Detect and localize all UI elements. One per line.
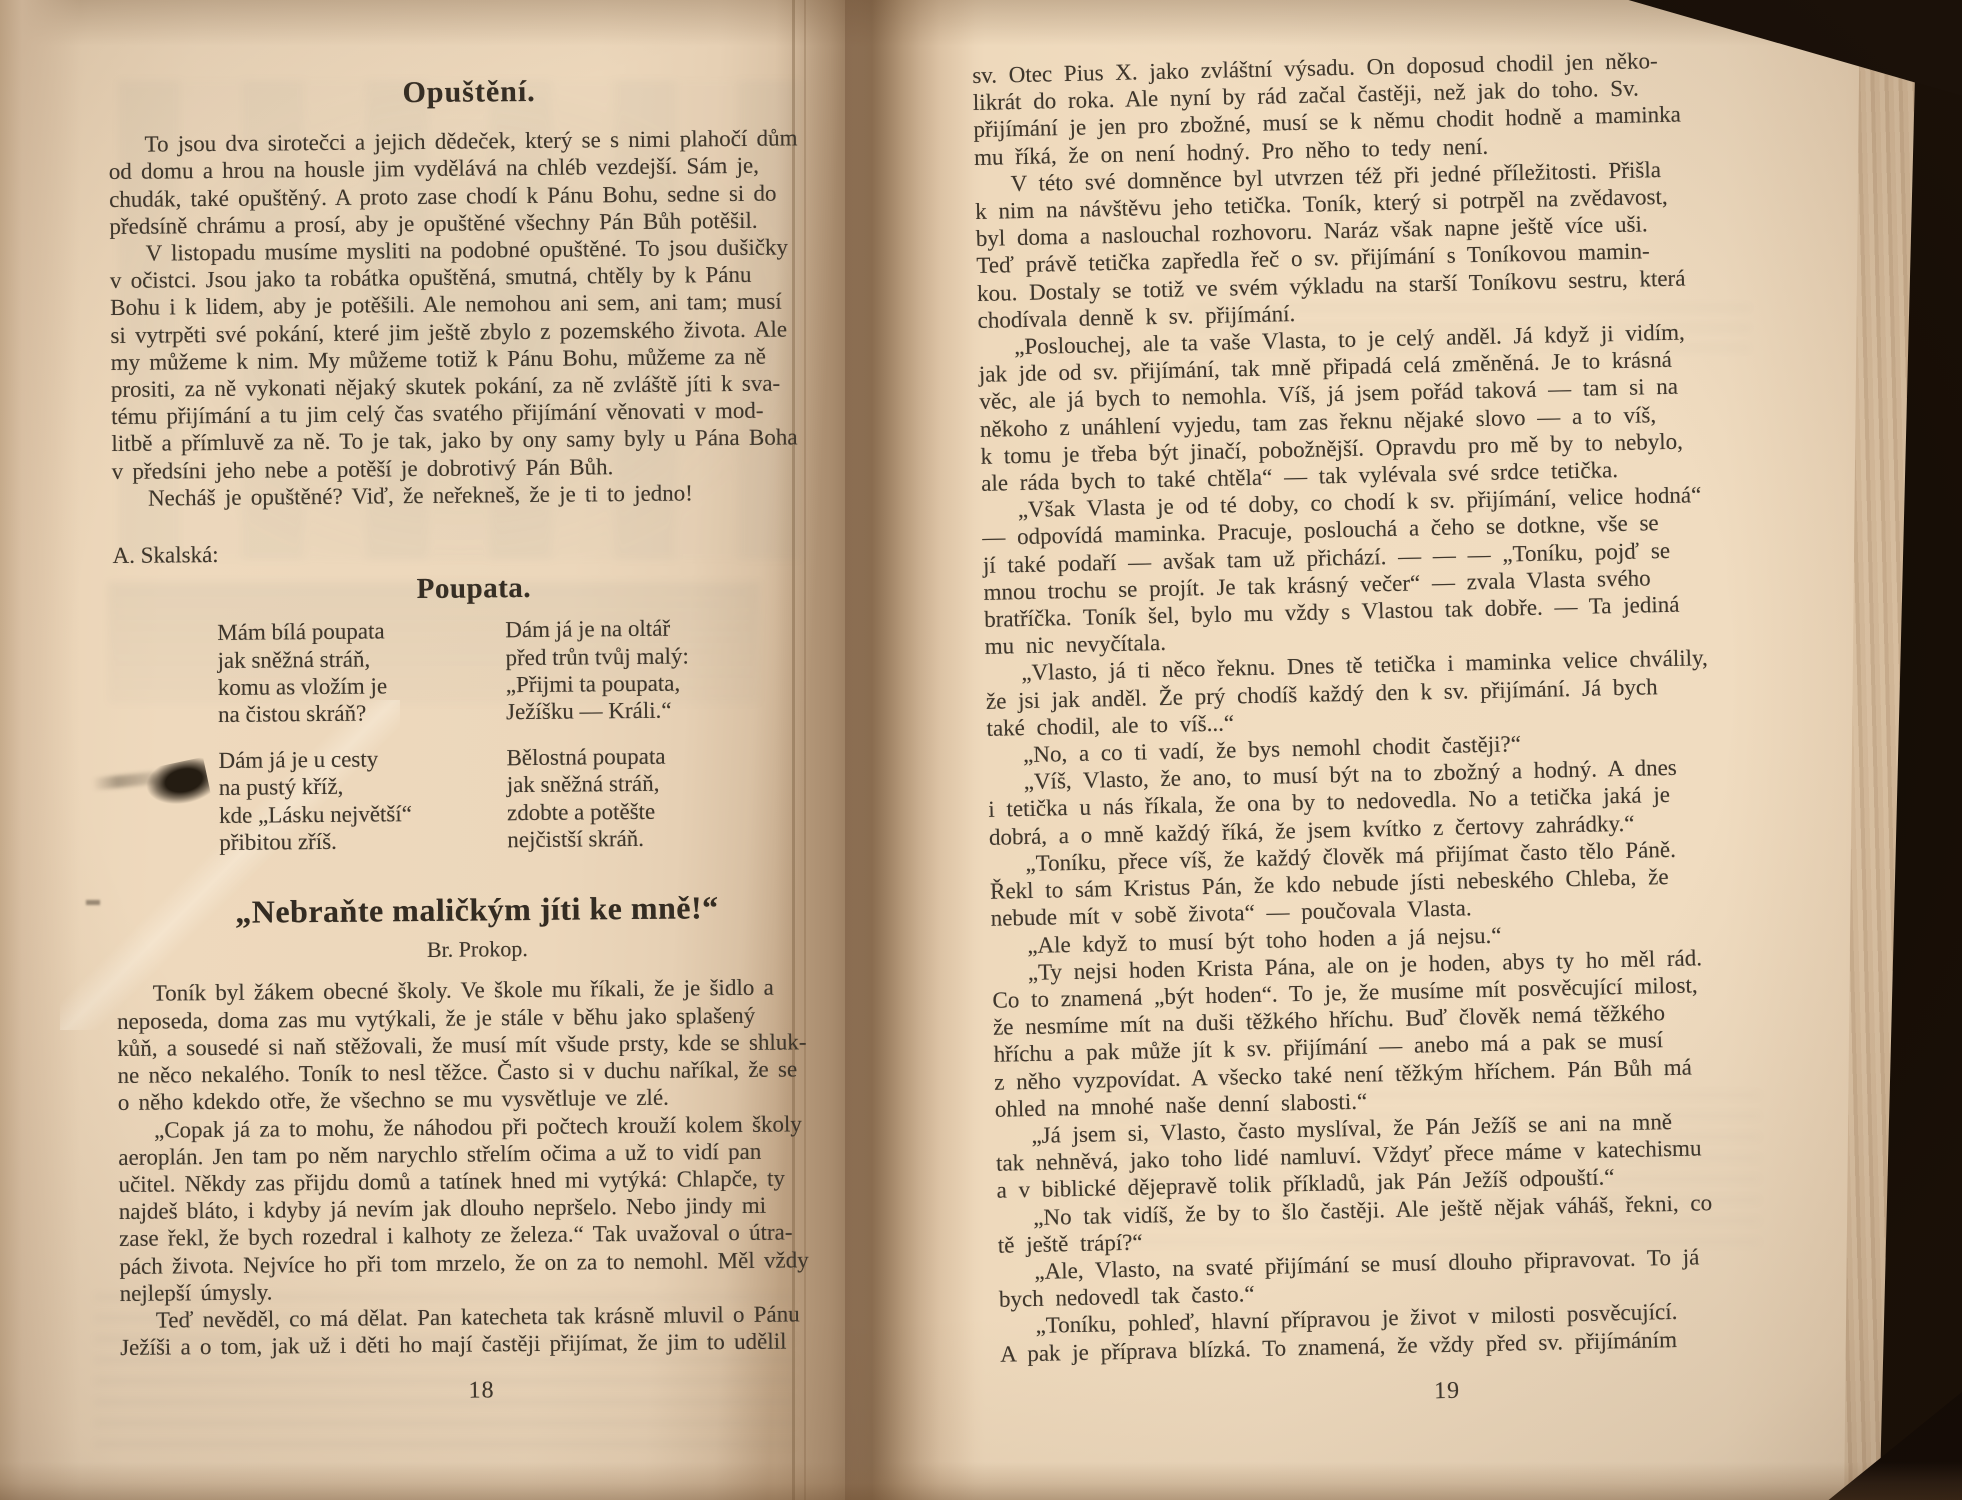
- poem-column-left: Mám bílá poupata jak sněžná stráň, komu …: [217, 617, 507, 875]
- poem-stanza: Bělostná poupata jak sněžná stráň, zdobt…: [506, 743, 690, 854]
- poem-title: Poupata.: [113, 572, 835, 606]
- bottom-edge-shadow: [0, 1462, 1962, 1500]
- paragraph: „Ty nejsi hoden Krista Pána, ale on je h…: [992, 940, 1887, 1123]
- story-title-nebrante: „Nebraňte maličkým jíti ke mně!“: [116, 893, 838, 927]
- book-photo: Opuštění. To jsou dva sirotečci a jejich…: [0, 0, 1962, 1500]
- paragraph: Necháš je opuštěné? Viď, že neřekneš, že…: [112, 478, 834, 512]
- paragraph: „Však Vlasta je od té doby, co chodí k s…: [981, 478, 1876, 661]
- poem-stanza: Mám bílá poupata jak sněžná stráň, komu …: [217, 617, 506, 729]
- story-title-opusteni: Opuštění.: [108, 75, 830, 109]
- left-page-text: Opuštění. To jsou dva sirotečci a jejich…: [108, 75, 843, 1408]
- ink-speck: [86, 900, 100, 905]
- paragraph: Toník byl žákem obecné školy. Ve škole m…: [117, 974, 840, 1117]
- paragraph: „Poslouchej, ale ta vaše Vlasta, to je c…: [978, 315, 1873, 498]
- poem-stanza: Dám já je u cesty na pustý kříž, kde „Lá…: [218, 744, 507, 856]
- paragraph: Teď nevěděl, co má dělat. Pan katecheta …: [120, 1300, 842, 1361]
- right-page-text: sv. Otec Pius X. jako zvláštní výsadu. O…: [972, 43, 1893, 1415]
- paragraph: V listopadu musíme mysliti na podobné op…: [110, 233, 834, 485]
- poem-columns: Mám bílá poupata jak sněžná stráň, komu …: [113, 613, 837, 876]
- paragraph: „Copak já za to mohu, že náhodou při poč…: [118, 1110, 842, 1307]
- poem-author-line: A. Skalská:: [112, 535, 834, 569]
- paragraph: sv. Otec Pius X. jako zvláštní výsadu. O…: [972, 43, 1866, 171]
- poem-column-right: Dám já je na oltář před trůn tvůj malý: …: [505, 615, 691, 872]
- story-byline: Br. Prokop.: [116, 932, 838, 966]
- paragraph: To jsou dva sirotečci a jejich dědeček, …: [108, 124, 831, 240]
- paragraph: V této své domněnce byl utvrzen též při …: [974, 151, 1869, 334]
- poem-stanza: Dám já je na oltář před trůn tvůj malý: …: [505, 615, 689, 726]
